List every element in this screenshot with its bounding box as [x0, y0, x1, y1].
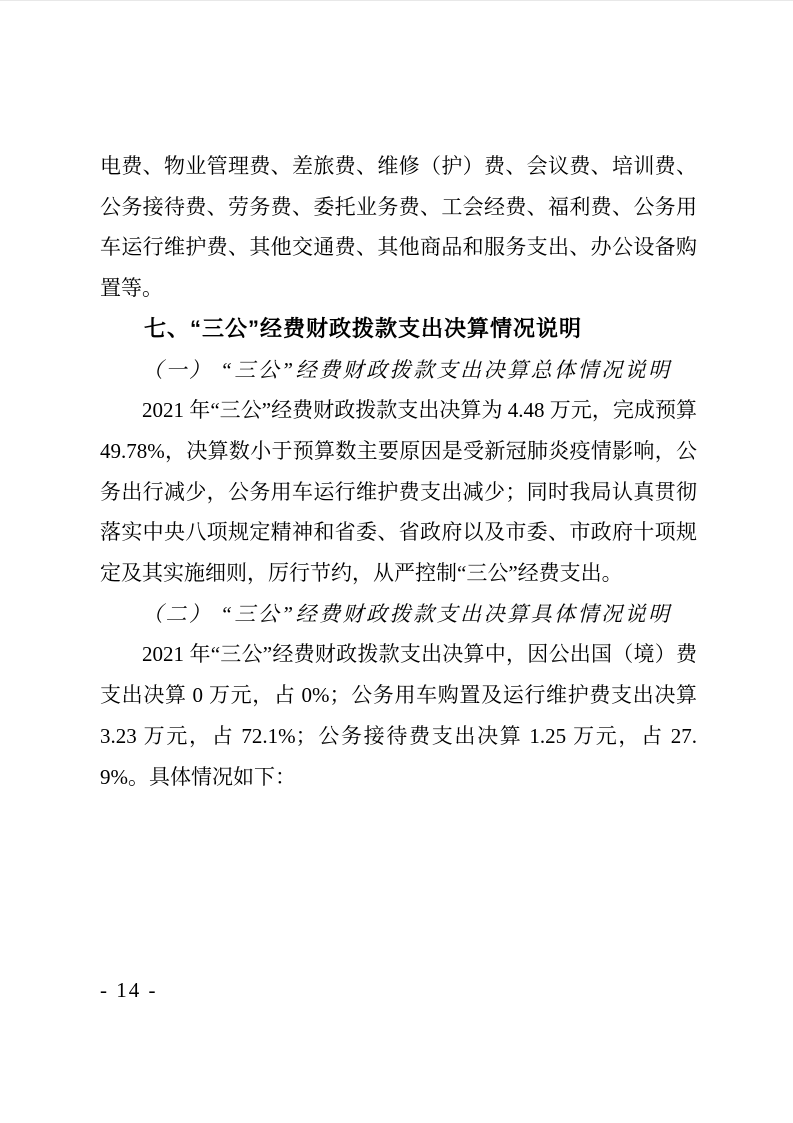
document-body: 电费、物业管理费、差旅费、维修（护）费、会议费、培训费、公务接待费、劳务费、委托…: [100, 146, 697, 797]
section-heading: 七、“三公”经费财政拨款支出决算情况说明: [100, 309, 697, 350]
doc-paragraph: 电费、物业管理费、差旅费、维修（护）费、会议费、培训费、公务接待费、劳务费、委托…: [100, 146, 697, 309]
page-number: - 14 -: [100, 978, 158, 1003]
document-page: 电费、物业管理费、差旅费、维修（护）费、会议费、培训费、公务接待费、劳务费、委托…: [0, 0, 793, 1123]
subsection-heading: （二） “三公”经费财政拨款支出决算具体情况说明: [100, 594, 697, 635]
subsection-heading: （一） “三公”经费财政拨款支出决算总体情况说明: [100, 350, 697, 391]
doc-paragraph: 2021 年“三公”经费财政拨款支出决算中，因公出国（境）费支出决算 0 万元，…: [100, 634, 697, 797]
doc-paragraph: 2021 年“三公”经费财政拨款支出决算为 4.48 万元，完成预算 49.78…: [100, 390, 697, 594]
